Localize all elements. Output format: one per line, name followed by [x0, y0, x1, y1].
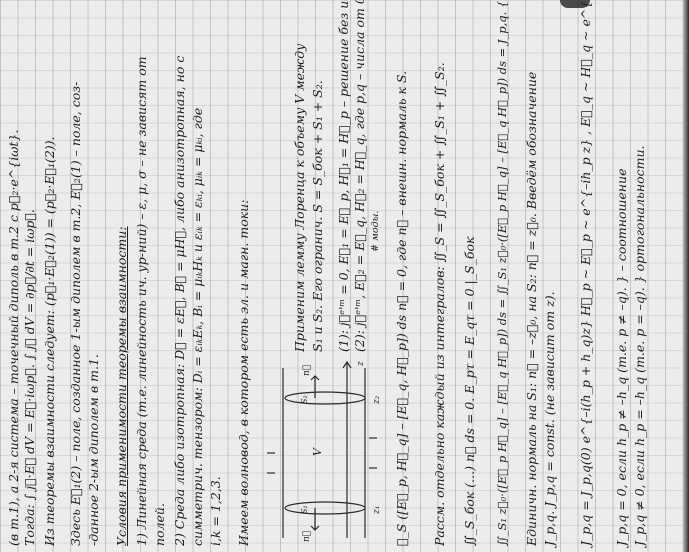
surface2-label: S₂ [300, 395, 309, 404]
z1-label: z₁ [372, 506, 382, 515]
note-line: (2): j⃗ᵉ'ᵐ, E⃗₂ = E⃗_q, H⃗₂ = H⃗_q, где … [352, 0, 368, 352]
note-line: ∬_S₁ z⃗₀·([E⃗_p H⃗_q] – [E⃗_q H⃗_p]) ds … [494, 0, 510, 546]
note-line: Здесь E⃗₁(2) – поле, созданное 1-ым дипо… [68, 82, 84, 546]
note-line: ∬_S_бок (...) n⃗ ds = 0. E_pτ = E_qτ = 0… [462, 237, 478, 546]
note-line: -данное 2-ым диполем в т.1. [86, 354, 102, 546]
note-line: J_p,q ≠ 0, если h_p = –h_q (т.е. p = –q)… [632, 146, 648, 547]
axis-label: z [356, 361, 366, 367]
surface1-label: S₁ [300, 505, 309, 514]
note-line: симметрич. тензором: Dᵢ = εᵢₖEₖ, Bᵢ = μᵢ… [190, 108, 206, 546]
note-line: полей. [152, 503, 168, 546]
normal1-label: n⃗ [302, 531, 312, 542]
note-line: 2) Среда либо изотропная: D⃗ = εE⃗, B⃗ =… [172, 56, 188, 546]
note-line: Из теоремы взаимности следует: (p⃗₁·E⃗₂(… [42, 136, 58, 546]
normal2-label: n⃗ [302, 365, 312, 376]
note-line: ∯_S ([E⃗_p, H⃗_q] – [E⃗_q, H⃗_p]) ds n⃗ … [394, 71, 410, 546]
note-line: Применим лемму Лоренца к объему V между [292, 44, 308, 352]
notes-sheet: (в т.1), а 2-я система – точечный диполь… [0, 0, 689, 552]
note-annotation: # моды. [368, 211, 384, 252]
note-line: J_p,q = J_p,q(0) e^{–i(h_p + h_q)z} H⃗_p… [578, 0, 594, 546]
note-line: Тогда: ∫ j⃗·E⃗ dV = E⃗·iωp⃗. ∫ j⃗ dV = ∂… [22, 209, 38, 546]
note-line: (в т.1), а 2-я система – точечный диполь… [6, 130, 22, 546]
note-line: Имеем волновод, в котором есть эл. и маг… [236, 200, 252, 546]
waveguide-diagram: V S₁ S₂ z₁ z₂ z n⃗ n⃗ [255, 358, 395, 548]
waveguide-sketch: V S₁ S₂ z₁ z₂ z n⃗ n⃗ [255, 358, 395, 548]
note-line: 1) Линейная среда (т.е. линейность ич. у… [134, 56, 150, 546]
note-line: S₁ и S₂. Его огранич. S = S_бок + S₁ + S… [310, 80, 326, 352]
note-line: (1): j⃗ᵉ'ᵐ = 0, E⃗₁ = E⃗_p, H⃗₁ = H⃗_p –… [336, 0, 352, 352]
z2-label: z₂ [372, 395, 382, 405]
section-heading: Условия применимости теоремы взаимности: [114, 226, 130, 546]
note-line: J_p,q = 0, если h_p ≠ –h_q (т.е. p ≠ –q)… [614, 169, 630, 546]
volume-label: V [311, 447, 324, 456]
note-line: i,k = 1,2,3. [208, 476, 224, 546]
note-line: Рассм. отдельно каждый из интегралов: ∬_… [432, 62, 448, 546]
note-line: Единичн. нормаль на S₁: n⃗ = –z⃗₀, на S₂… [524, 72, 540, 546]
note-line: J_p,q. J_p,q = const. (не зависит от z). [542, 291, 558, 546]
